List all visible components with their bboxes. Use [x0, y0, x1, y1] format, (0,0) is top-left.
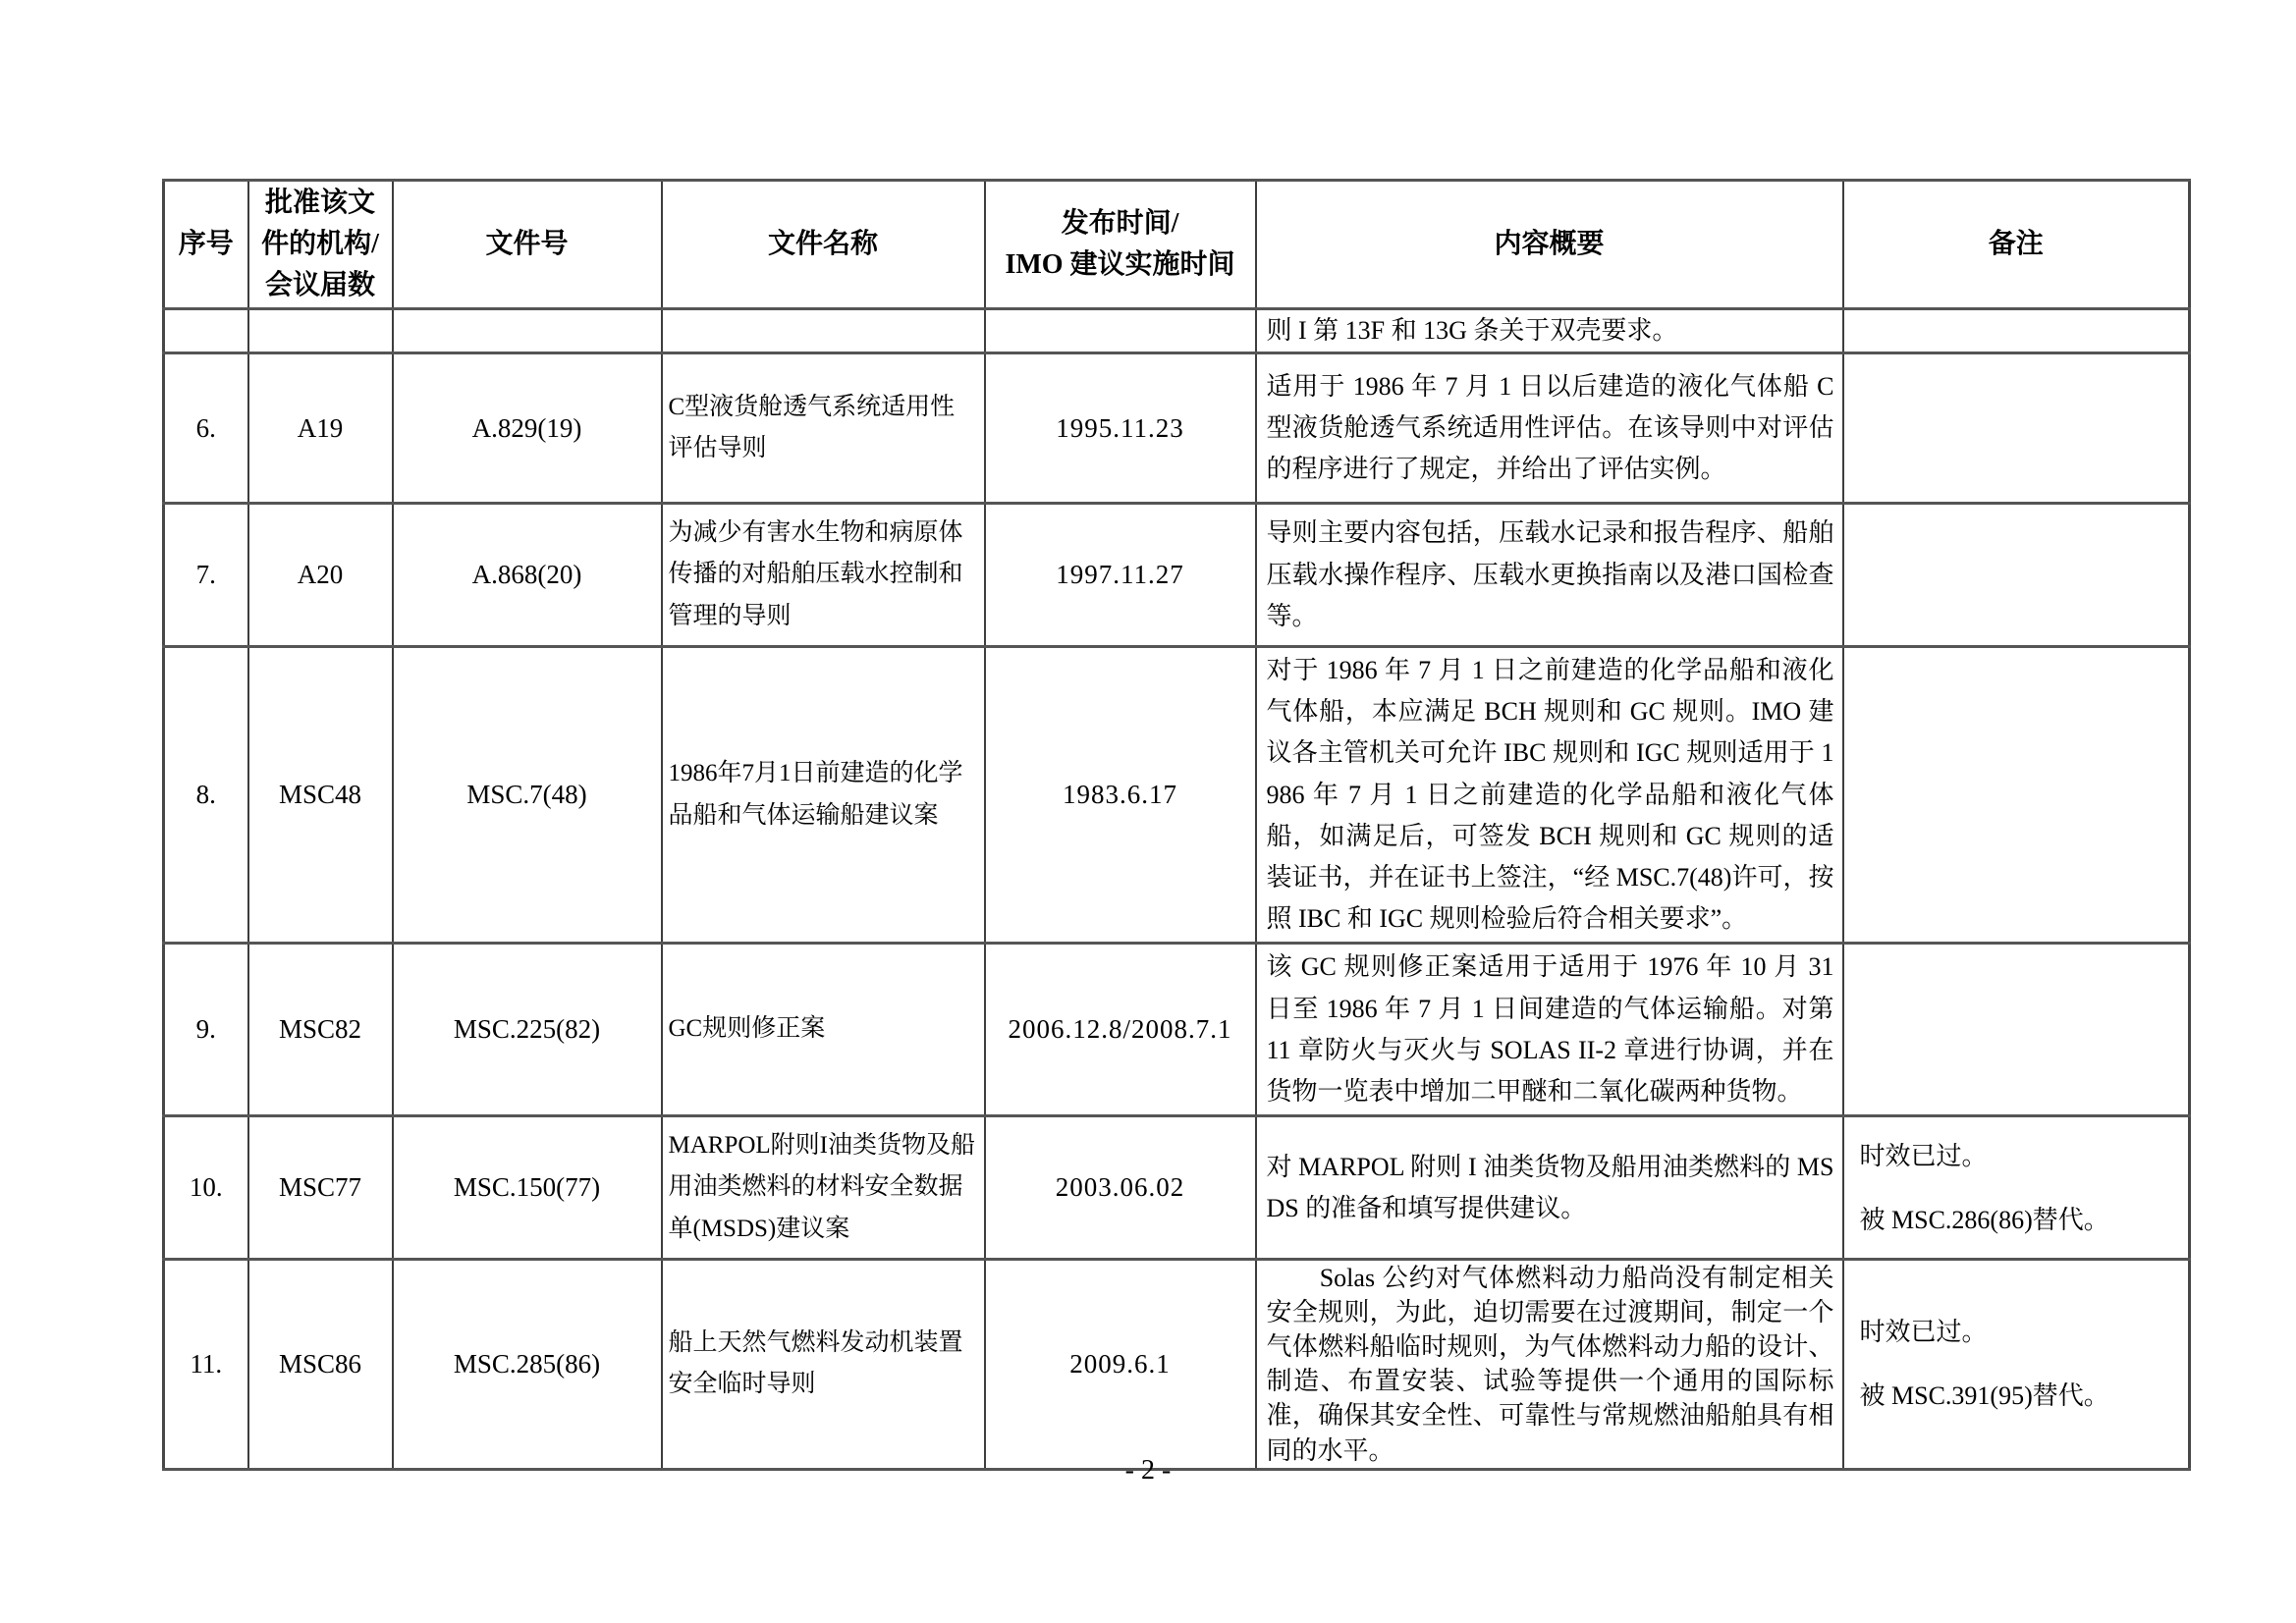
- cell-cont-remark: [1843, 309, 2190, 353]
- cell-cont-date: [985, 309, 1256, 353]
- cell-r11-doc-no: MSC.285(86): [393, 1260, 662, 1470]
- cell-r6-remark: [1843, 353, 2190, 504]
- cell-r9-name: GC规则修正案: [662, 944, 985, 1116]
- cell-r10-org: MSC77: [248, 1116, 393, 1260]
- cell-r11-no: 11.: [164, 1260, 248, 1470]
- header-no: 序号: [164, 181, 248, 309]
- cell-r9-no: 9.: [164, 944, 248, 1116]
- table-row-9: 9. MSC82 MSC.225(82) GC规则修正案 2006.12.8/2…: [164, 944, 2190, 1116]
- cell-r11-org: MSC86: [248, 1260, 393, 1470]
- cell-r8-summary: 对于 1986 年 7 月 1 日之前建造的化学品船和液化气体船，本应满足 BC…: [1256, 647, 1843, 944]
- header-doc-no: 文件号: [393, 181, 662, 309]
- cell-r8-no: 8.: [164, 647, 248, 944]
- header-org: 批准该文 件的机构/ 会议届数: [248, 181, 393, 309]
- cell-r10-date: 2003.06.02: [985, 1116, 1256, 1260]
- document-page: 序号 批准该文 件的机构/ 会议届数 文件号 文件名称 发布时间/ IMO 建议…: [0, 0, 2296, 1623]
- cell-r7-doc-no: A.868(20): [393, 504, 662, 647]
- table-header-row: 序号 批准该文 件的机构/ 会议届数 文件号 文件名称 发布时间/ IMO 建议…: [164, 181, 2190, 309]
- document-table: 序号 批准该文 件的机构/ 会议届数 文件号 文件名称 发布时间/ IMO 建议…: [162, 179, 2191, 1471]
- cell-r10-name: MARPOL附则I油类货物及船用油类燃料的材料安全数据单(MSDS)建议案: [662, 1116, 985, 1260]
- cell-r6-name: C型液货舱透气系统适用性评估导则: [662, 353, 985, 504]
- cell-r11-date: 2009.6.1: [985, 1260, 1256, 1470]
- header-date: 发布时间/ IMO 建议实施时间: [985, 181, 1256, 309]
- cell-r8-name: 1986年7月1日前建造的化学品船和气体运输船建议案: [662, 647, 985, 944]
- cell-r6-date: 1995.11.23: [985, 353, 1256, 504]
- table-row-8: 8. MSC48 MSC.7(48) 1986年7月1日前建造的化学品船和气体运…: [164, 647, 2190, 944]
- header-remark: 备注: [1843, 181, 2190, 309]
- cell-r7-date: 1997.11.27: [985, 504, 1256, 647]
- cell-r8-remark: [1843, 647, 2190, 944]
- cell-r9-doc-no: MSC.225(82): [393, 944, 662, 1116]
- cell-cont-no: [164, 309, 248, 353]
- cell-r10-no: 10.: [164, 1116, 248, 1260]
- cell-r10-remark: 时效已过。 被 MSC.286(86)替代。: [1843, 1116, 2190, 1260]
- cell-r11-name: 船上天然气燃料发动机装置安全临时导则: [662, 1260, 985, 1470]
- cell-r9-date: 2006.12.8/2008.7.1: [985, 944, 1256, 1116]
- table-row-6: 6. A19 A.829(19) C型液货舱透气系统适用性评估导则 1995.1…: [164, 353, 2190, 504]
- footer-page-number: - 2 -: [0, 1455, 2296, 1487]
- cell-cont-summary: 则 I 第 13F 和 13G 条关于双壳要求。: [1256, 309, 1843, 353]
- cell-r7-org: A20: [248, 504, 393, 647]
- cell-cont-doc-no: [393, 309, 662, 353]
- header-name: 文件名称: [662, 181, 985, 309]
- cell-r6-doc-no: A.829(19): [393, 353, 662, 504]
- table-row-11: 11. MSC86 MSC.285(86) 船上天然气燃料发动机装置安全临时导则…: [164, 1260, 2190, 1470]
- cell-cont-org: [248, 309, 393, 353]
- cell-r9-remark: [1843, 944, 2190, 1116]
- cell-r8-org: MSC48: [248, 647, 393, 944]
- cell-r9-org: MSC82: [248, 944, 393, 1116]
- cell-r9-summary: 该 GC 规则修正案适用于适用于 1976 年 10 月 31 日至 1986 …: [1256, 944, 1843, 1116]
- cell-r10-doc-no: MSC.150(77): [393, 1116, 662, 1260]
- cell-r11-remark: 时效已过。 被 MSC.391(95)替代。: [1843, 1260, 2190, 1470]
- cell-r6-no: 6.: [164, 353, 248, 504]
- cell-r7-no: 7.: [164, 504, 248, 647]
- cell-r7-name: 为减少有害水生物和病原体传播的对船舶压载水控制和管理的导则: [662, 504, 985, 647]
- cell-cont-name: [662, 309, 985, 353]
- cell-r6-summary: 适用于 1986 年 7 月 1 日以后建造的液化气体船 C 型液货舱透气系统适…: [1256, 353, 1843, 504]
- cell-r8-doc-no: MSC.7(48): [393, 647, 662, 944]
- header-summary: 内容概要: [1256, 181, 1843, 309]
- table-row-continuation: 则 I 第 13F 和 13G 条关于双壳要求。: [164, 309, 2190, 353]
- cell-r11-summary: Solas 公约对气体燃料动力船尚没有制定相关安全规则，为此，迫切需要在过渡期间…: [1256, 1260, 1843, 1470]
- cell-r10-summary: 对 MARPOL 附则 I 油类货物及船用油类燃料的 MSDS 的准备和填写提供…: [1256, 1116, 1843, 1260]
- table-row-10: 10. MSC77 MSC.150(77) MARPOL附则I油类货物及船用油类…: [164, 1116, 2190, 1260]
- cell-r7-summary: 导则主要内容包括，压载水记录和报告程序、船舶压载水操作程序、压载水更换指南以及港…: [1256, 504, 1843, 647]
- table-row-7: 7. A20 A.868(20) 为减少有害水生物和病原体传播的对船舶压载水控制…: [164, 504, 2190, 647]
- cell-r6-org: A19: [248, 353, 393, 504]
- cell-r8-date: 1983.6.17: [985, 647, 1256, 944]
- cell-r7-remark: [1843, 504, 2190, 647]
